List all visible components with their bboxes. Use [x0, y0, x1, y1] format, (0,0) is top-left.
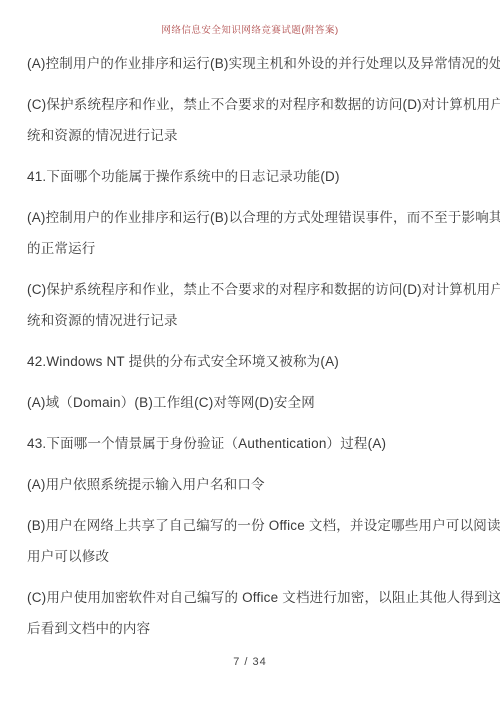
paragraph: (B)用户在网络上共享了自己编写的一份 Office 文档，并设定哪些用户可以阅…	[27, 510, 473, 572]
text-line: 的正常运行	[27, 233, 473, 264]
paragraph: (C)用户使用加密软件对自己编写的 Office 文档进行加密，以阻止其他人得到…	[27, 582, 473, 644]
text-line: (B)用户在网络上共享了自己编写的一份 Office 文档，并设定哪些用户可以阅…	[27, 510, 473, 541]
text-line: 统和资源的情况进行记录	[27, 120, 473, 151]
text-line: 用户可以修改	[27, 541, 473, 572]
document-body: (A)控制用户的作业排序和运行(B)实现主机和外设的并行处理以及异常情况的处理 …	[0, 38, 500, 644]
paragraph: (C)保护系统程序和作业，禁止不合要求的对程序和数据的访问(D)对计算机用户访问…	[27, 274, 473, 336]
question-42: 42.Windows NT 提供的分布式安全环境又被称为(A)	[27, 346, 473, 377]
text-line: (A)控制用户的作业排序和运行(B)实现主机和外设的并行处理以及异常情况的处理	[27, 48, 473, 79]
text-line: 41.下面哪个功能属于操作系统中的日志记录功能(D)	[27, 161, 473, 192]
text-line: 后看到文档中的内容	[27, 613, 473, 644]
text-line: (A)控制用户的作业排序和运行(B)以合理的方式处理错误事件，而不至于影响其他程…	[27, 202, 473, 233]
page-number: 7 / 34	[0, 654, 500, 670]
paragraph: (C)保护系统程序和作业，禁止不合要求的对程序和数据的访问(D)对计算机用户访问…	[27, 89, 473, 151]
text-line: 42.Windows NT 提供的分布式安全环境又被称为(A)	[27, 346, 473, 377]
text-line: (C)保护系统程序和作业，禁止不合要求的对程序和数据的访问(D)对计算机用户访问…	[27, 274, 473, 305]
text-line: (A)用户依照系统提示输入用户名和口令	[27, 469, 473, 500]
paragraph: (A)域（Domain）(B)工作组(C)对等网(D)安全网	[27, 387, 473, 418]
paragraph: (A)控制用户的作业排序和运行(B)以合理的方式处理错误事件，而不至于影响其他程…	[27, 202, 473, 264]
text-line: 43.下面哪一个情景属于身份验证（Authentication）过程(A)	[27, 428, 473, 459]
question-43: 43.下面哪一个情景属于身份验证（Authentication）过程(A)	[27, 428, 473, 459]
text-line: (A)域（Domain）(B)工作组(C)对等网(D)安全网	[27, 387, 473, 418]
document-page: 网络信息安全知识网络竞赛试题(附答案) (A)控制用户的作业排序和运行(B)实现…	[0, 0, 500, 706]
question-41: 41.下面哪个功能属于操作系统中的日志记录功能(D)	[27, 161, 473, 192]
text-line: (C)保护系统程序和作业，禁止不合要求的对程序和数据的访问(D)对计算机用户访问…	[27, 89, 473, 120]
text-line: (C)用户使用加密软件对自己编写的 Office 文档进行加密，以阻止其他人得到…	[27, 582, 473, 613]
text-line: 统和资源的情况进行记录	[27, 305, 473, 336]
paragraph: (A)控制用户的作业排序和运行(B)实现主机和外设的并行处理以及异常情况的处理	[27, 48, 473, 79]
document-title: 网络信息安全知识网络竞赛试题(附答案)	[0, 0, 500, 38]
paragraph: (A)用户依照系统提示输入用户名和口令	[27, 469, 473, 500]
